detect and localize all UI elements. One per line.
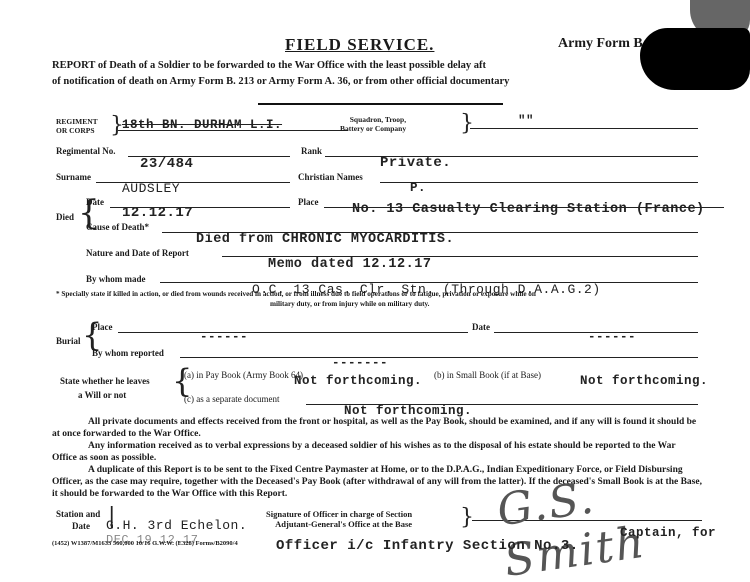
christian-names-line bbox=[380, 182, 698, 183]
surname-value: AUDSLEY bbox=[122, 181, 180, 196]
rank-value: Private. bbox=[380, 155, 451, 171]
section-value: Officer i/c Infantry Section No.3. bbox=[276, 538, 579, 554]
regiment-line bbox=[118, 130, 348, 131]
instructions-p2: Any information received as to verbal ex… bbox=[52, 440, 702, 464]
header-rule bbox=[258, 103, 503, 105]
will-b-label: (b) in Small Book (if at Base) bbox=[434, 370, 541, 380]
burial-date-value: ------ bbox=[588, 330, 636, 344]
burial-place-value: ------ bbox=[200, 330, 248, 344]
will-a-value: Not forthcoming. bbox=[294, 374, 422, 388]
burial-place-label: Place bbox=[92, 322, 113, 332]
regimental-no-label: Regimental No. bbox=[56, 146, 116, 156]
will-b-value: Not forthcoming. bbox=[580, 374, 708, 388]
station-value: G.H. 3rd Echelon. bbox=[106, 518, 247, 533]
surname-label: Surname bbox=[56, 172, 91, 182]
place-value: No. 13 Casualty Clearing Station (France… bbox=[352, 202, 705, 217]
date-label: Date bbox=[86, 197, 104, 207]
form-title: FIELD SERVICE. bbox=[285, 35, 434, 55]
place-label: Place bbox=[298, 197, 319, 207]
intro-line-2: of notification of death on Army Form B.… bbox=[52, 76, 509, 87]
died-label: Died bbox=[56, 212, 74, 222]
will-label: State whether he leaves a Will or not bbox=[60, 374, 150, 402]
squadron-line bbox=[470, 128, 698, 129]
burial-reported-label: By whom reported bbox=[92, 348, 164, 358]
by-whom-label: By whom made bbox=[86, 274, 146, 284]
cause-label: Cause of Death* bbox=[86, 222, 149, 232]
will-c-label: (c) as a separate document bbox=[184, 394, 279, 404]
squadron-brace: } bbox=[460, 114, 474, 134]
footnote-line-1: * Specially state if killed in action, o… bbox=[56, 290, 536, 298]
burial-reported-value: ------- bbox=[332, 356, 388, 370]
print-code: (1452) W1387/M1633 560,000 10/16 G.W.W. … bbox=[52, 540, 238, 547]
squadron-value: "" bbox=[518, 114, 534, 128]
burial-label: Burial bbox=[56, 336, 81, 346]
squadron-label: Squadron, Troop, Battery or Company bbox=[340, 115, 406, 133]
burial-date-label: Date bbox=[472, 322, 490, 332]
station-label: Station and Date bbox=[56, 508, 100, 532]
signature-brace: } bbox=[460, 508, 474, 528]
christian-names-label: Christian Names bbox=[298, 172, 363, 182]
regiment-label: REGIMENT OR CORPS bbox=[56, 117, 98, 135]
nature-label: Nature and Date of Report bbox=[86, 248, 189, 258]
regimental-no-value: 23/484 bbox=[140, 156, 193, 172]
nature-value: Memo dated 12.12.17 bbox=[268, 257, 431, 272]
cause-value: Died from CHRONIC MYOCARDITIS. bbox=[196, 232, 454, 247]
signature-label: Signature of Officer in charge of Sectio… bbox=[266, 509, 412, 529]
burial-reported-line bbox=[180, 357, 698, 358]
intro-line-1: REPORT of Death of a Soldier to be forwa… bbox=[52, 60, 486, 71]
instructions-p1: All private documents and effects receiv… bbox=[52, 416, 702, 440]
christian-names-value: P. bbox=[410, 181, 426, 195]
date-value: 12.12.17 bbox=[122, 205, 193, 221]
signer-title: Captain, for bbox=[620, 526, 716, 540]
form-id: Army Form B bbox=[558, 36, 643, 52]
burial-place-line bbox=[118, 332, 468, 333]
rank-label: Rank bbox=[301, 146, 322, 156]
will-a-label: (a) in Pay Book (Army Book 64) bbox=[184, 370, 303, 380]
footnote-line-2: military duty, or from injury while on m… bbox=[270, 300, 429, 308]
